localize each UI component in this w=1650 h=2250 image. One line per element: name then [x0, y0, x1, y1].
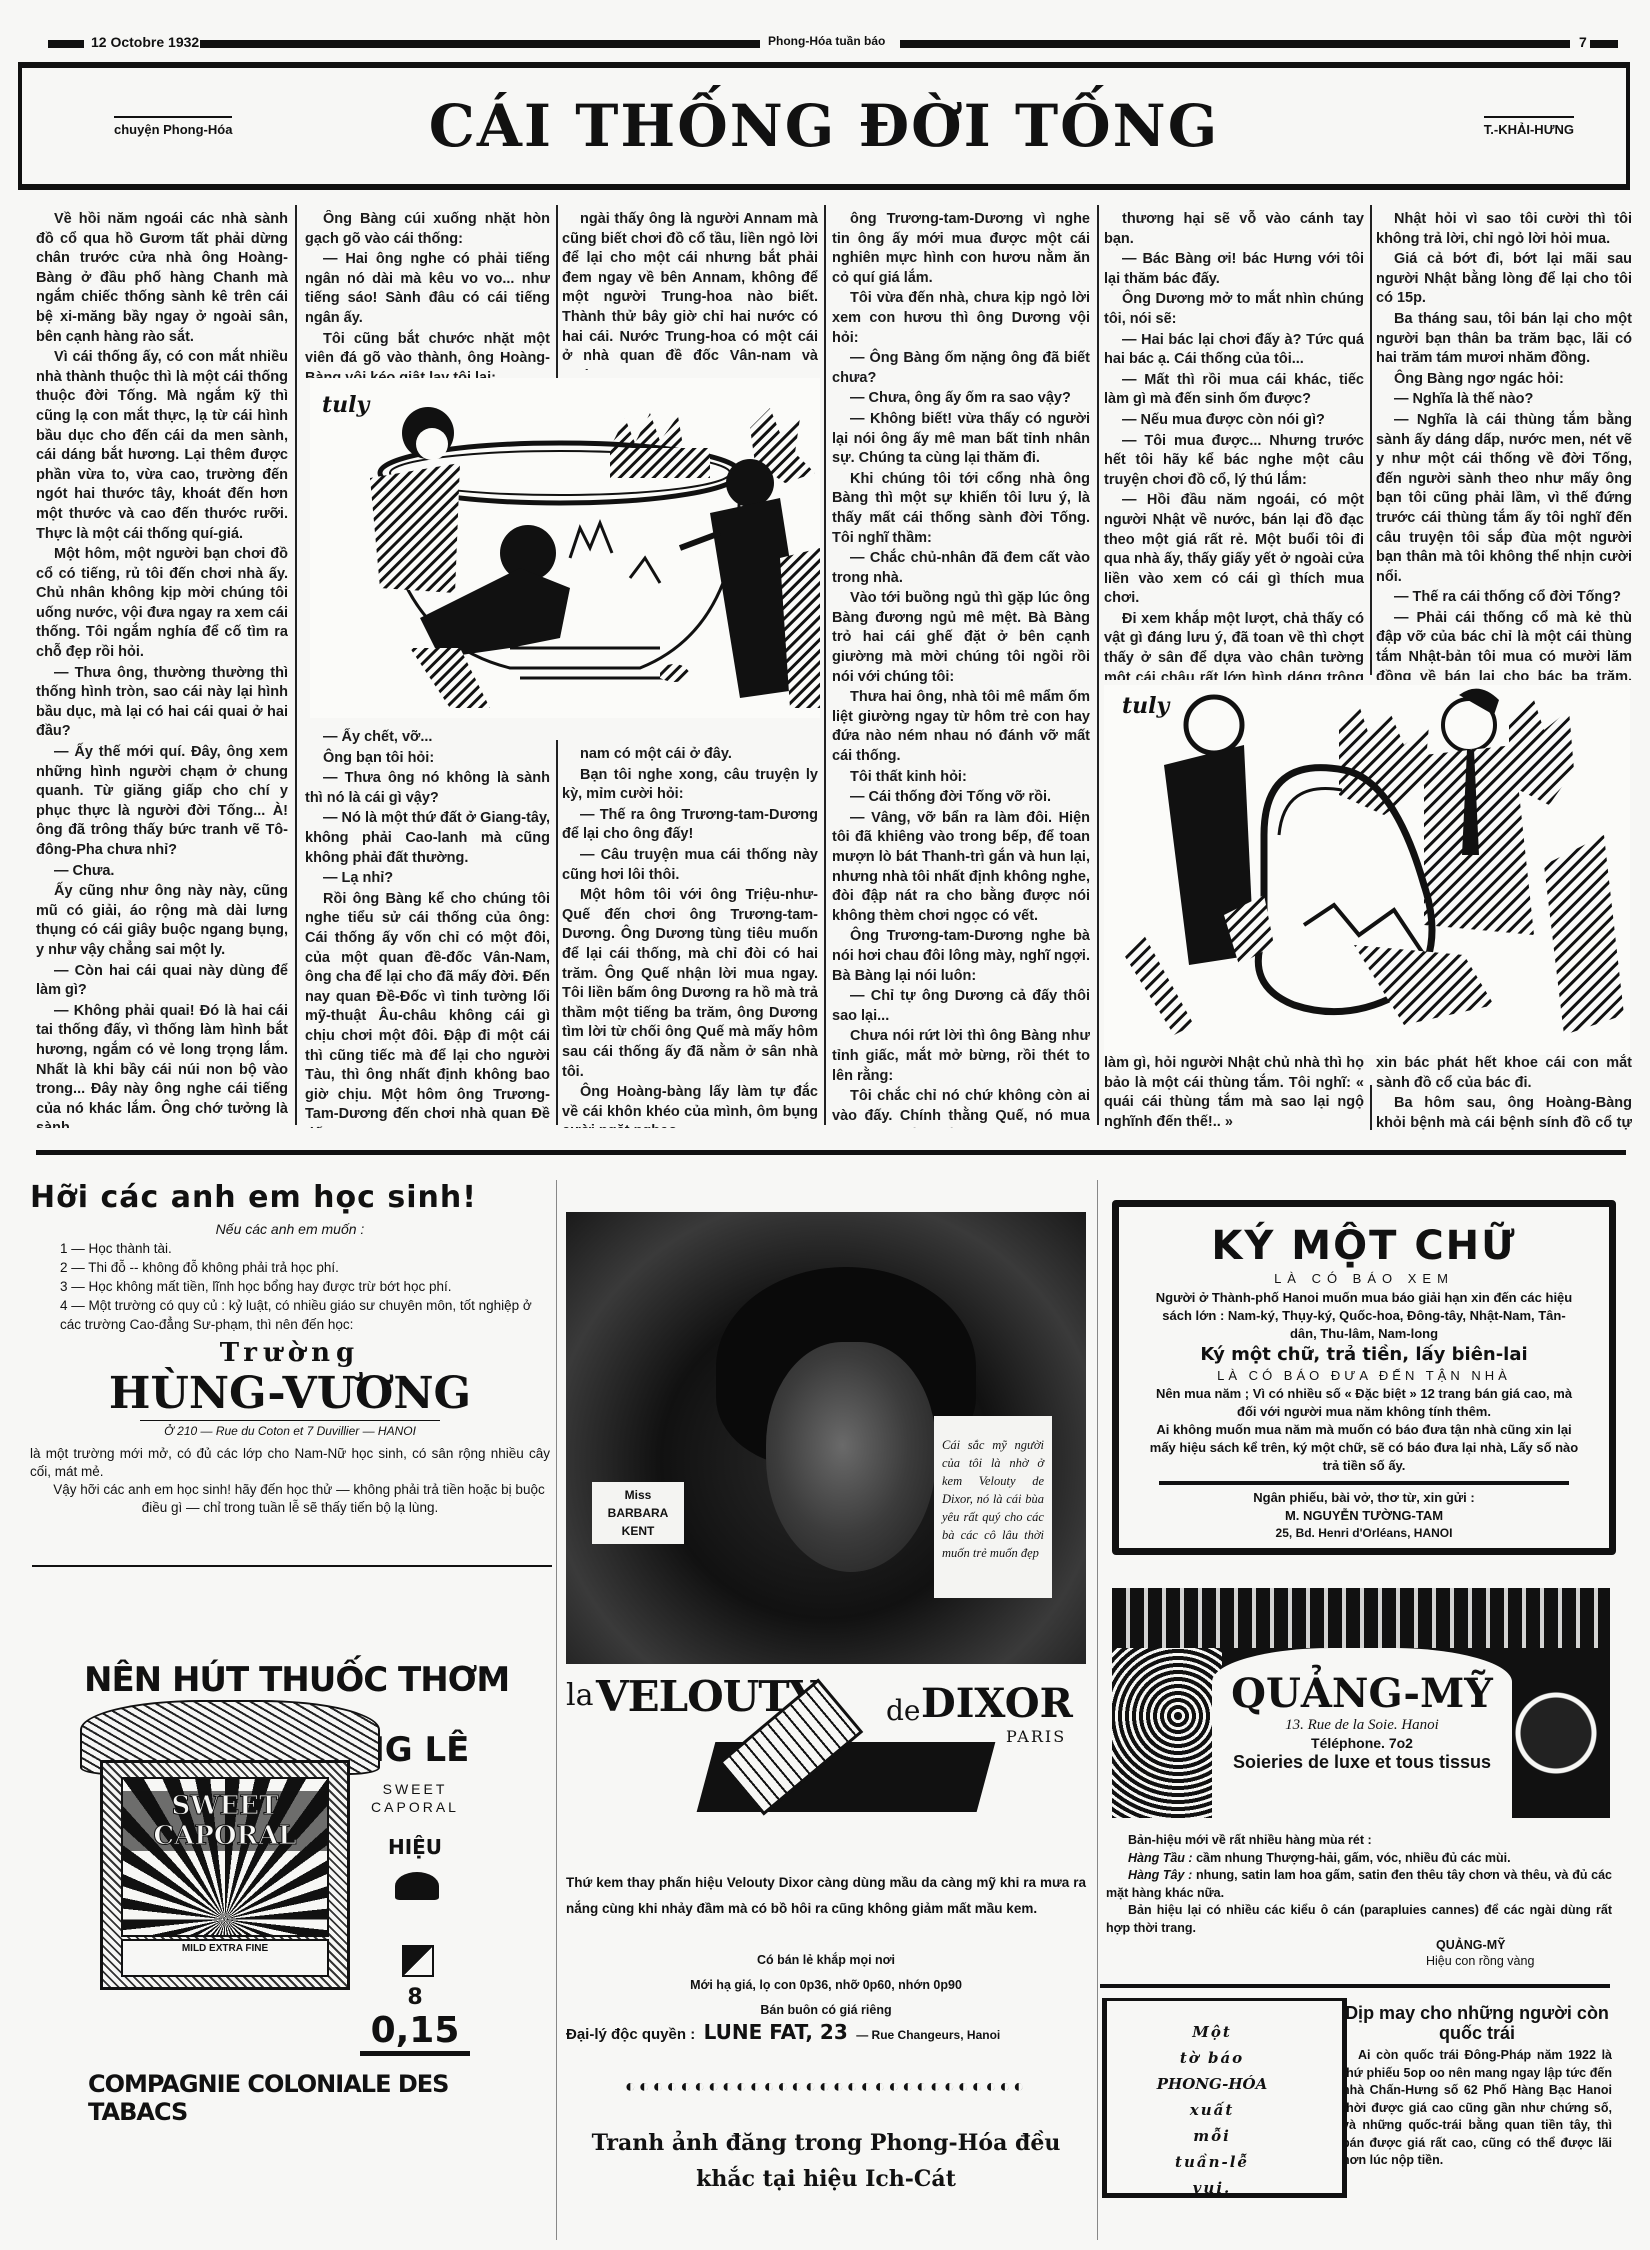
- dragon-left-icon: [1112, 1648, 1222, 1818]
- paragraph: Ba hôm sau, ông Hoàng-Bàng khỏi bệnh mà …: [1376, 1094, 1632, 1130]
- bonds-body: Ai còn quốc trái Đông-Pháp năm 1922 là t…: [1342, 2047, 1612, 2170]
- school-ad-list: 1 — Học thành tài. 2 — Thi đỗ -- không đ…: [30, 1239, 550, 1334]
- model-label-line: Miss: [592, 1486, 684, 1504]
- paragraph: nam có một cái ở đây.: [562, 745, 818, 765]
- notice-line: mỗi: [1147, 2123, 1277, 2149]
- paragraph: Về hồi năm ngoái các nhà sành đồ cổ qua …: [36, 210, 288, 347]
- label: Hàng Tây :: [1128, 1868, 1192, 1882]
- story-column-2-top: Ông Bàng cúi xuống nhặt hòn gạch gõ vào …: [305, 210, 550, 378]
- paragraph: Ông Bàng cúi xuống nhặt hòn gạch gõ vào …: [305, 210, 550, 249]
- paragraph: — Chưa.: [36, 862, 288, 882]
- banner-center: QUẢNG-MỸ 13. Rue de la Soie. Hanoi Télép…: [1212, 1648, 1512, 1818]
- notice-line: Một: [1147, 2019, 1277, 2045]
- dragon-right-icon: [1502, 1648, 1610, 1818]
- velouty-body: Thứ kem thay phấn hiệu Velouty Dixor càn…: [566, 1870, 1086, 1922]
- story-column-6-top: Nhật hỏi vì sao tôi cười thì tôi không t…: [1376, 210, 1632, 680]
- masthead-rule-left: [48, 40, 84, 48]
- silk-shop-body: Bản-hiệu mới về rất nhiều hàng mùa rét :…: [1106, 1832, 1612, 1969]
- tin-label: MILD EXTRA FINE: [121, 1939, 329, 1977]
- bonds-headline: Dịp may cho những người còn quốc trái: [1342, 2003, 1612, 2043]
- shop-signature-sub: Hiệu con rồng vàng: [1106, 1953, 1612, 1969]
- testimonial-quote: Cái sắc mỹ người của tôi là nhờ ở kem Ve…: [934, 1416, 1052, 1598]
- list-item: 2 — Thi đỗ -- không đỗ không phải trả họ…: [60, 1258, 550, 1277]
- divider-rule: [1100, 1984, 1610, 1988]
- story-author: T.-KHẢI-HƯNG: [1484, 116, 1574, 137]
- engraving-notice: Tranh ảnh đăng trong Phong-Hóa đều khắc …: [566, 2125, 1086, 2197]
- paragraph: Ông bạn tôi hỏi:: [305, 749, 550, 769]
- column-rule: [295, 205, 297, 1125]
- cigarette-tin-icon: SWEET CAPORAL MILD EXTRA FINE: [100, 1760, 350, 1990]
- shop-signature: QUẢNG-MỸ: [1106, 1937, 1612, 1953]
- shop-address: 13. Rue de la Soie. Hanoi: [1212, 1717, 1512, 1734]
- paragraph: Ông Dương mở to mắt nhìn chúng tôi, nói …: [1104, 290, 1364, 329]
- flag-icon: [402, 1945, 434, 1977]
- paragraph: — Chưa, ông ấy ốm ra sao vậy?: [832, 389, 1090, 409]
- paragraph: — Thế ra ông Trương-tam-Dương để lại cho…: [562, 806, 818, 845]
- notice-line: PHONG-HÓA: [1147, 2071, 1277, 2097]
- school-body-2: Vậy hỡi các anh em học sinh! hãy đến học…: [30, 1481, 550, 1517]
- paragraph: Chưa nói rứt lời thì ông Bàng như tỉnh g…: [832, 1027, 1090, 1086]
- cigarette-headline-1: NÊN HÚT THUỐC THƠM: [84, 1660, 509, 1700]
- paragraph: Thưa hai ông, nhà tôi mê mẩm ốm liệt giư…: [832, 688, 1090, 766]
- subscription-headline: KÝ MỘT CHỮ: [1119, 1223, 1609, 1269]
- paragraph: — Không phải quai! Đó là hai cái tai thố…: [36, 1002, 288, 1128]
- brand-name: SWEET CAPORAL: [360, 1780, 470, 1816]
- paragraph: Ông Bàng ngơ ngác hỏi:: [1376, 370, 1632, 390]
- bonds-notice: Dịp may cho những người còn quốc trái Ai…: [1342, 2003, 1612, 2170]
- story-column-3-top: ngài thấy ông là người Annam mà cũng biế…: [562, 210, 818, 370]
- paragraph: — Không biết! vừa thấy có người lại nói …: [832, 410, 1090, 469]
- column-rule: [1370, 1085, 1372, 1130]
- agent-address: — Rue Changeurs, Hanoi: [856, 2028, 1000, 2042]
- shop-tagline: Soieries de luxe et tous tissus: [1212, 1752, 1512, 1773]
- agent-label: Đại-lý độc quyền :: [566, 2026, 695, 2043]
- velouty-brand: la VELOUTY de DIXOR PARIS: [566, 1672, 1086, 1762]
- paragraph: Tôi vừa đến nhà, chưa kịp ngỏ lời xem co…: [832, 289, 1090, 348]
- subscription-ad: KÝ MỘT CHỮ LÀ CÓ BÁO XEM Người ở Thành-p…: [1112, 1200, 1616, 1555]
- paragraph: — Nghĩa là thế nào?: [1376, 390, 1632, 410]
- pack-count: 8: [390, 1985, 440, 2010]
- story-column-2-bottom: — Ấy chết, vỡ... Ông bạn tôi hỏi: — Thưa…: [305, 728, 550, 1128]
- brand-de: de: [886, 1694, 921, 1727]
- story-column-6-bottom: xin bác phát hết khoe cái con mắt sành đ…: [1376, 1054, 1632, 1130]
- hat-icon: [395, 1872, 439, 1900]
- tin-sunburst: SWEET CAPORAL: [121, 1777, 329, 1937]
- paragraph: Tôi thất kinh hỏi:: [832, 768, 1090, 788]
- paragraph: — Vâng, vỡ bẩn ra làm đôi. Hiện tôi đã k…: [832, 809, 1090, 927]
- weekly-notice-box: Một tờ báo PHONG-HÓA xuất mỗi tuần-lễ vu…: [1102, 1998, 1347, 2198]
- subscription-sub-2: LÀ CÓ BÁO ĐƯA ĐẾN TẬN NHÀ: [1119, 1367, 1609, 1385]
- label: Hàng Tầu :: [1128, 1851, 1193, 1865]
- cartoon-illustration-2: tuly: [1104, 685, 1630, 1055]
- story-column-3-bottom: nam có một cái ở đây. Bạn tôi nghe xong,…: [562, 745, 818, 1128]
- column-rule: [556, 740, 558, 1125]
- paragraph: — Câu truyện mua cái thống này cũng hơi …: [562, 846, 818, 885]
- pricing-line: Có bán lẻ khắp mọi nơi: [566, 1948, 1086, 1973]
- column-rule: [1097, 1180, 1098, 2240]
- paragraph: Bản-hiệu mới về rất nhiều hàng mùa rét :: [1106, 1832, 1612, 1850]
- paragraph: Tôi chắc chỉ nó chứ không còn ai vào đấy…: [832, 1087, 1090, 1128]
- weekly-notice-text: Một tờ báo PHONG-HÓA xuất mỗi tuần-lễ vu…: [1147, 2019, 1277, 2201]
- paragraph: Ấy cũng như ông này này, cũng mũ có giải…: [36, 882, 288, 960]
- issue-date: 12 Octobre 1932: [88, 34, 202, 50]
- column-rule: [824, 205, 826, 1125]
- model-label-line: KENT: [592, 1522, 684, 1540]
- model-label-line: BARBARA: [592, 1504, 684, 1522]
- paper-name: Phong-Hóa tuần báo: [765, 34, 888, 48]
- paragraph: xin bác phát hết khoe cái con mắt sành đ…: [1376, 1054, 1632, 1093]
- paragraph: Một hôm tôi với ông Triệu-như-Quế đến ch…: [562, 886, 818, 1082]
- paragraph: — Còn hai cái quai này dùng để làm gì?: [36, 962, 288, 1001]
- paragraph: Vì cái thống ấy, có con mắt nhiều nhà th…: [36, 348, 288, 544]
- paragraph: — Thế ra cái thống cổ đời Tống?: [1376, 588, 1632, 608]
- paragraph: — Chắc chủ-nhân đã đem cất vào trong nhà…: [832, 549, 1090, 588]
- notice-line: tuần-lễ: [1147, 2149, 1277, 2175]
- brand-dixor: DIXOR: [921, 1680, 1073, 1727]
- paragraph: Bản hiệu lại có nhiều các kiểu ô cán (pa…: [1106, 1902, 1612, 1937]
- contact-intro: Ngân phiếu, bài vở, thơ từ, xin gửi :: [1119, 1489, 1609, 1507]
- paragraph: — Hai bác lại chơi đấy à? Tức quá hai bá…: [1104, 331, 1364, 370]
- portrait-face: [766, 1342, 936, 1572]
- column-rule: [1097, 205, 1099, 1125]
- story-title-box: chuyện Phong-Hóa CÁI THỐNG ĐỜI TỐNG T.-K…: [18, 62, 1630, 190]
- paragraph: — Ấy thế mới quí. Đây, ông xem những hìn…: [36, 743, 288, 861]
- story-column-4: ông Trương-tam-Dương vì nghe tin ông ấy …: [832, 210, 1090, 1128]
- story-column-5-bottom: làm gì, hỏi người Nhật chủ nhà thì họ bả…: [1104, 1054, 1364, 1130]
- agent-name: LUNE FAT, 23: [704, 2020, 848, 2044]
- subscription-body-2: Nên mua năm ; Vì có nhiều số « Đặc biệt …: [1119, 1385, 1609, 1421]
- paragraph: — Bác Bàng ơi! bác Hưng với tôi lại thăm…: [1104, 250, 1364, 289]
- paragraph: — Ấy chết, vỡ...: [305, 728, 550, 748]
- subscription-sub-1: LÀ CÓ BÁO XEM: [1119, 1269, 1609, 1289]
- pricing-line: Mới hạ giá, lọ con 0p36, nhỡ 0p60, nhớn …: [566, 1973, 1086, 1998]
- paragraph: Tôi cũng bắt chước nhặt một viên đá gõ v…: [305, 330, 550, 378]
- price: 0,15: [360, 2010, 470, 2056]
- paragraph: Rồi ông Bàng kể cho chúng tôi nghe tiểu …: [305, 890, 550, 1128]
- model-name-label: Miss BARBARA KENT: [592, 1482, 684, 1544]
- dragon-border-icon: [1112, 1588, 1610, 1648]
- paragraph: ông Trương-tam-Dương vì nghe tin ông ấy …: [832, 210, 1090, 288]
- paragraph: — Ông Bàng ốm nặng ông đã biết chưa?: [832, 349, 1090, 388]
- paragraph: — Cái thống đời Tống vỡ rồi.: [832, 788, 1090, 808]
- school-body-1: là một trường mới mở, có đủ các lớp cho …: [30, 1445, 550, 1481]
- shop-name: QUẢNG-MỸ: [1212, 1670, 1512, 1717]
- illustrator-signature: tuly: [322, 392, 369, 418]
- story-column-1: Về hồi năm ngoái các nhà sành đồ cổ qua …: [36, 210, 288, 1128]
- contact-name: M. NGUYỄN TƯỜNG-TAM: [1119, 1507, 1609, 1525]
- paragraph: Giá cả bớt đi, bớt lại mãi sau người Nhậ…: [1376, 250, 1632, 309]
- paragraph: cầm nhung Thượng-hải, gấm, vóc, nhiều đủ…: [1196, 1851, 1511, 1865]
- paragraph: Ông Trương-tam-Dương nghe bà nói hơi cha…: [832, 927, 1090, 986]
- subscription-body-3: Ai không muốn mua năm mà muốn có báo đưa…: [1119, 1421, 1609, 1475]
- school-ad-intro: Nếu các anh em muốn :: [30, 1219, 550, 1239]
- notice-line: tờ báo: [1147, 2045, 1277, 2071]
- brand-city: PARIS: [1006, 1727, 1066, 1746]
- school-prefix: Trường: [30, 1338, 550, 1368]
- paragraph: — Thưa ông nó không là sành thì nó là cá…: [305, 769, 550, 808]
- cartoon-illustration-1: tuly: [310, 378, 820, 718]
- paragraph: Vào tới buồng ngủ thì gặp lúc ông Bàng đ…: [832, 589, 1090, 687]
- paragraph: — Hồi đầu năm ngoái, có một người Nhật v…: [1104, 491, 1364, 609]
- paragraph: — Tôi mua được... Nhưng trước hết tôi hã…: [1104, 432, 1364, 491]
- paragraph: — Thưa ông, thường thường thì thống hình…: [36, 664, 288, 742]
- paragraph: Đi xem khắp một lượt, chả thấy có vật gì…: [1104, 610, 1364, 680]
- paragraph: — Hai ông nghe có phải tiếng ngân nó dài…: [305, 250, 550, 328]
- paragraph: Khi chúng tôi tới cổng nhà ông Bàng thì …: [832, 470, 1090, 548]
- divider-rule: [32, 1565, 552, 1567]
- masthead-rule-right: [1590, 40, 1618, 48]
- cartoon-drawing-icon: [310, 378, 820, 718]
- shop-phone: Téléphone. 7o2: [1212, 1734, 1512, 1752]
- column-rule: [1370, 205, 1372, 675]
- paragraph: Ba tháng sau, tôi bán lại cho một người …: [1376, 310, 1632, 369]
- subscription-body-1: Người ở Thành-phố Hanoi muốn mua báo giả…: [1119, 1289, 1609, 1343]
- paragraph: ngài thấy ông là người Annam mà cũng biế…: [562, 210, 818, 370]
- masthead-rule: [900, 40, 1570, 48]
- list-item: 1 — Học thành tài.: [60, 1239, 550, 1258]
- paragraph: — Mất thì rồi mua cái khác, tiếc làm gì …: [1104, 371, 1364, 410]
- list-item: 4 — Một trường có quy củ : kỷ luật, có n…: [60, 1296, 550, 1334]
- brand-word: HIỆU: [370, 1835, 460, 1859]
- notice-line: xuất: [1147, 2097, 1277, 2123]
- school-ad: Hỡi các anh em học sinh! Nếu các anh em …: [30, 1180, 550, 1517]
- velouty-photo: Miss BARBARA KENT Cái sắc mỹ người của t…: [566, 1212, 1086, 1664]
- notice-line: vui.: [1147, 2175, 1277, 2201]
- brand-la: la: [566, 1678, 593, 1713]
- masthead-rule: [200, 40, 760, 48]
- paragraph: Nhật hỏi vì sao tôi cười thì tôi không t…: [1376, 210, 1632, 249]
- paragraph: Một hôm, một người bạn chơi đồ cổ có tiế…: [36, 545, 288, 663]
- list-item: 3 — Học không mất tiền, lĩnh học bổng ha…: [60, 1277, 550, 1296]
- school-ad-headline: Hỡi các anh em học sinh!: [30, 1180, 550, 1215]
- page-number: 7: [1576, 34, 1590, 50]
- divider-rule: [1159, 1481, 1569, 1485]
- paragraph: — Nếu mua được còn nói gì?: [1104, 411, 1364, 431]
- brand-line: CAPORAL: [360, 1798, 470, 1816]
- velouty-pricing: Có bán lẻ khắp mọi nơi Mới hạ giá, lọ co…: [566, 1948, 1086, 2023]
- paragraph: — Lạ nhỉ?: [305, 869, 550, 889]
- school-address: Ở 210 — Rue du Coton et 7 Duvillier — HA…: [140, 1420, 440, 1441]
- story-bottom-rule: [36, 1150, 1626, 1155]
- story-column-5-top: thương hại sẽ vỗ vào cánh tay bạn. — Bác…: [1104, 210, 1364, 680]
- paragraph: — Phải cái thống cổ mà kẻ thù đập vỡ của…: [1376, 609, 1632, 680]
- story-title: CÁI THỐNG ĐỜI TỐNG: [22, 92, 1626, 160]
- paragraph: — Nghĩa là cái thùng tắm bằng sành ấy dá…: [1376, 411, 1632, 587]
- silk-shop-banner: QUẢNG-MỸ 13. Rue de la Soie. Hanoi Télép…: [1112, 1588, 1610, 1818]
- company-name: COMPAGNIE COLONIALE DES TABACS: [88, 2070, 550, 2126]
- column-rule: [556, 1180, 557, 2240]
- decorative-dots: ◐◐◐◐◐◐◐◐◐◐◐◐◐◐◐◐◐◐◐◐◐◐◐◐◐◐◐◐◐: [566, 2076, 1086, 2097]
- paragraph: — Nó là một thứ đất ở Giang-tây, không p…: [305, 809, 550, 868]
- velouty-agent: Đại-lý độc quyền : LUNE FAT, 23 — Rue Ch…: [566, 2020, 1086, 2044]
- paragraph: thương hại sẽ vỗ vào cánh tay bạn.: [1104, 210, 1364, 249]
- school-name: HÙNG-VƯƠNG: [30, 1368, 550, 1420]
- cartoon-drawing-icon: [1104, 685, 1630, 1055]
- tin-title: SWEET CAPORAL: [123, 1791, 327, 1851]
- brand-line: SWEET: [360, 1780, 470, 1798]
- subscription-highlight: Ký một chữ, trả tiền, lấy biên-lai: [1119, 1343, 1609, 1367]
- illustrator-signature: tuly: [1122, 693, 1169, 719]
- paragraph: — Chỉ tự ông Dương cả đấy thôi sao lại..…: [832, 987, 1090, 1026]
- paragraph: Bạn tôi nghe xong, câu truyện ly kỳ, mỉm…: [562, 766, 818, 805]
- paragraph: Ông Hoàng-bàng lấy làm tự đắc về cái khô…: [562, 1083, 818, 1128]
- contact-address: 25, Bd. Henri d'Orléans, HANOI: [1119, 1525, 1609, 1541]
- paragraph: làm gì, hỏi người Nhật chủ nhà thì họ bả…: [1104, 1054, 1364, 1130]
